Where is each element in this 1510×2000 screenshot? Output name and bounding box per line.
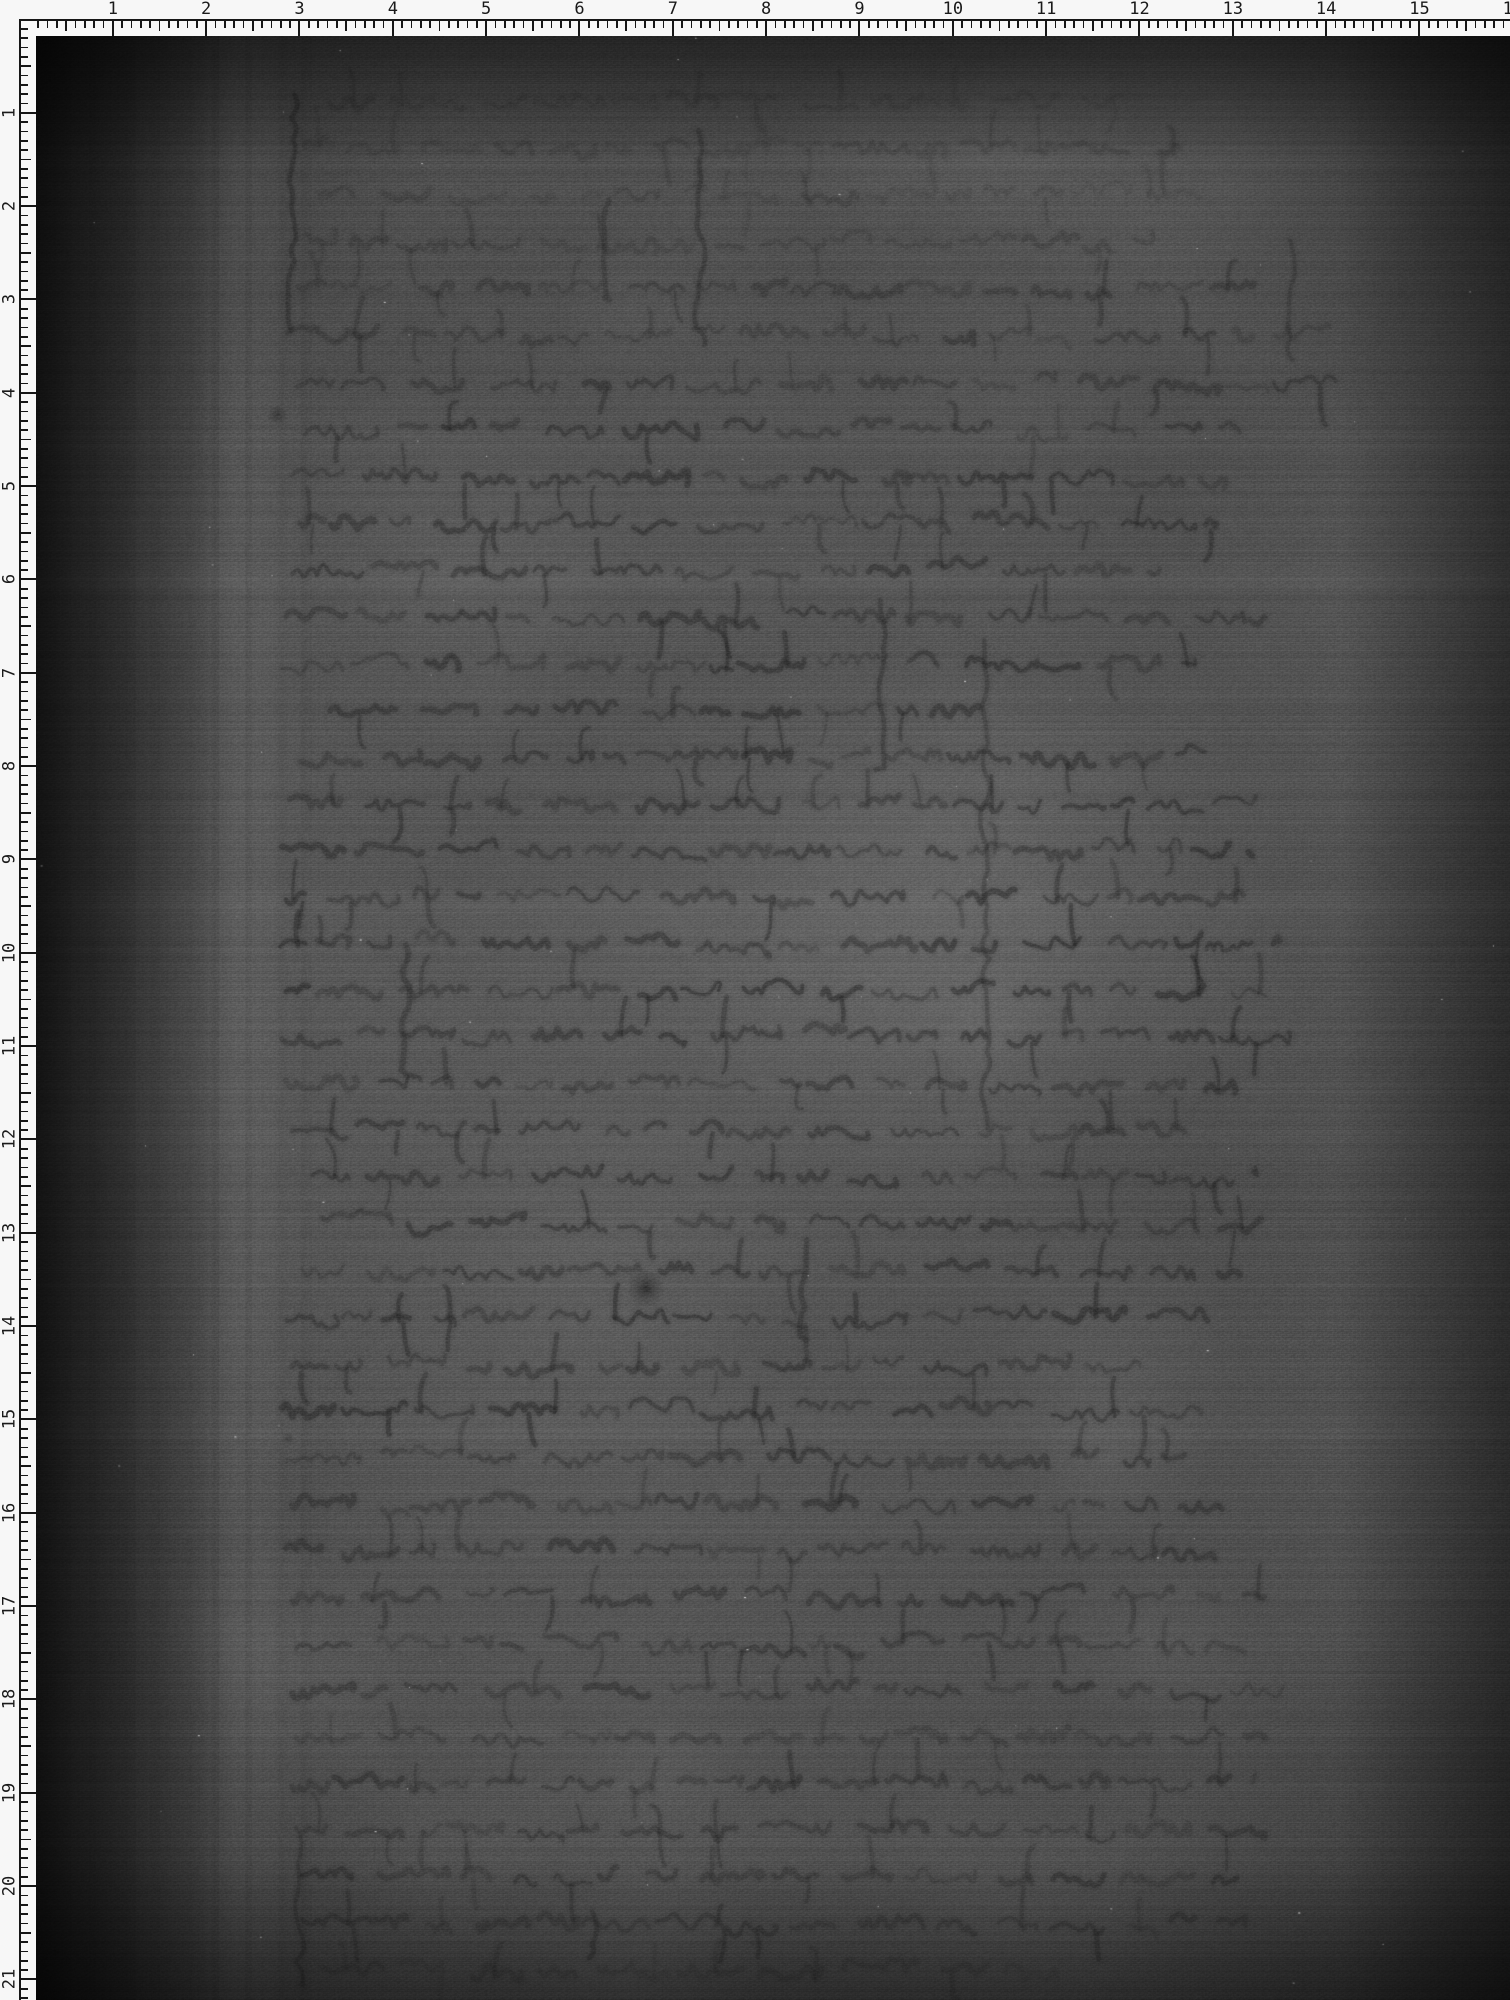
ruler-left-tick (19, 1008, 28, 1010)
ruler-left-tick (19, 131, 28, 133)
ruler-top-tick (485, 19, 487, 36)
ruler-left-tick (19, 476, 28, 478)
ruler-left-label-10: 10 (2, 943, 19, 963)
ruler-left-tick (19, 700, 28, 702)
ruler-top-tick (952, 19, 954, 36)
ruler-top-tick (1279, 19, 1281, 31)
ruler-top-tick (1335, 19, 1337, 28)
ruler-left-tick (19, 467, 28, 469)
ruler-left-tick (19, 495, 28, 497)
ruler-left-tick (19, 588, 28, 590)
ruler-top-tick (1353, 19, 1355, 28)
ruler-left-tick (19, 1185, 31, 1187)
ruler-left-tick (19, 551, 28, 553)
ruler-left-tick (19, 1811, 28, 1813)
manuscript-scan-page: 012345678910111213141516 123456789101112… (0, 0, 1510, 2000)
ruler-left-tick (19, 1652, 31, 1654)
ruler-left-tick (19, 933, 28, 935)
ruler-top-tick (159, 19, 161, 31)
ruler-top-tick (803, 19, 805, 28)
ruler-top-tick (1307, 19, 1309, 28)
ruler-left-tick (19, 1269, 28, 1271)
ruler-left-tick (19, 1138, 36, 1140)
ruler-left-label-12: 12 (2, 1129, 19, 1149)
ruler-top-tick (578, 19, 580, 36)
ruler-left-tick (19, 1932, 31, 1934)
ruler-left-tick (19, 56, 28, 58)
ruler-top-label-14: 14 (1316, 1, 1336, 18)
ruler-left-tick (19, 215, 28, 217)
ruler-left-tick (19, 607, 28, 609)
ruler-left-tick (19, 1643, 28, 1645)
ruler-left-tick (19, 1241, 28, 1243)
ruler-top-tick (149, 19, 151, 28)
ruler-left-tick (19, 1755, 28, 1757)
ruler-left-tick (19, 1157, 28, 1159)
ruler-top-tick (1381, 19, 1383, 28)
ruler-top-tick (373, 19, 375, 28)
ruler-left-label-2: 2 (2, 201, 19, 211)
ruler-top-tick (1083, 19, 1085, 28)
ruler-left-tick (19, 1727, 28, 1729)
ruler-top-tick (392, 19, 394, 36)
ruler-left-label-11: 11 (2, 1036, 19, 1056)
ruler-top-tick (532, 19, 534, 31)
ruler-left-tick (19, 140, 28, 142)
ruler-top-tick (663, 19, 665, 28)
ruler-top-tick (1138, 19, 1140, 36)
ruler-left-tick (19, 103, 28, 105)
ruler-left-tick (19, 961, 28, 963)
ruler-top-tick (467, 19, 469, 28)
ruler-top-tick (1017, 19, 1019, 28)
ruler-top-tick (1363, 19, 1365, 28)
ruler-left-tick (19, 168, 28, 170)
ruler-top-tick (1465, 19, 1467, 31)
ruler-top-tick (915, 19, 917, 28)
ruler-left-tick (19, 308, 28, 310)
ruler-left-tick (19, 1764, 28, 1766)
ruler-top-tick (1297, 19, 1299, 28)
ruler-left-tick (19, 989, 28, 991)
ruler-top-tick (672, 19, 674, 36)
ruler-top-tick (1213, 19, 1215, 28)
ruler-top-tick (597, 19, 599, 28)
ruler-left-tick (19, 298, 36, 300)
ruler-left-tick (19, 1148, 28, 1150)
ruler-left-tick (19, 1577, 28, 1579)
ruler-left-tick (19, 1783, 28, 1785)
ruler-top-tick (1092, 19, 1094, 31)
ruler-left-tick (19, 1792, 36, 1794)
ruler-left-tick (19, 1484, 28, 1486)
ruler-top-tick (448, 19, 450, 28)
ruler-top-tick (1484, 19, 1486, 28)
ruler-left-label-6: 6 (2, 574, 19, 584)
ruler-top-tick (233, 19, 235, 28)
ruler-left-tick (19, 317, 28, 319)
ruler-top-tick (1288, 19, 1290, 28)
ruler-top-tick (1185, 19, 1187, 31)
ruler-top-tick (1418, 19, 1420, 36)
ruler-top-label-12: 12 (1129, 1, 1149, 18)
ruler-top-tick (75, 19, 77, 28)
ruler-left-tick (19, 578, 36, 580)
ruler-left-tick (19, 364, 28, 366)
ruler-top-tick (401, 19, 403, 28)
ruler-top-tick (103, 19, 105, 28)
ruler-left-tick (19, 672, 36, 674)
ruler-left-tick (19, 1951, 28, 1953)
ruler-left-tick (19, 65, 31, 67)
ruler-left-tick (19, 149, 28, 151)
ruler-left-tick (19, 1988, 28, 1990)
ruler-top-label-15: 15 (1409, 1, 1429, 18)
ruler-left-label-16: 16 (2, 1503, 19, 1523)
ruler-top-label-3: 3 (294, 1, 304, 18)
ruler-top-tick (1260, 19, 1262, 28)
ruler-left-tick (19, 1204, 28, 1206)
ruler-top-tick (56, 19, 58, 28)
ruler-left-tick (19, 1773, 28, 1775)
ruler-top-tick (709, 19, 711, 28)
ruler-left-tick (19, 271, 28, 273)
ruler-left-tick (19, 1456, 28, 1458)
ruler-left-tick (19, 420, 28, 422)
ruler-left-tick (19, 1521, 28, 1523)
ruler-left-tick (19, 1381, 28, 1383)
ruler-left-tick (19, 177, 28, 179)
ruler-top-tick (1232, 19, 1234, 36)
ruler-left-label-20: 20 (2, 1876, 19, 1896)
ruler-left-tick (19, 905, 31, 907)
ruler-left-tick (19, 75, 28, 77)
ruler-left-tick (19, 1895, 28, 1897)
ruler-left-tick (19, 1465, 31, 1467)
ruler-top-tick (616, 19, 618, 28)
ruler-top-tick (560, 19, 562, 28)
ruler-top-tick (933, 19, 935, 28)
ruler-top-label-13: 13 (1223, 1, 1243, 18)
ruler-left-label-9: 9 (2, 854, 19, 864)
ruler-left-tick (19, 336, 28, 338)
ruler-left-tick (19, 205, 36, 207)
ruler-top-tick (1204, 19, 1206, 28)
ruler-top-tick (691, 19, 693, 28)
ruler-left-tick (19, 915, 28, 917)
ruler-left-tick (19, 1540, 28, 1542)
ruler-top-tick (728, 19, 730, 28)
ruler-top-tick (261, 19, 263, 28)
ruler-top-tick (924, 19, 926, 28)
ruler-top-tick (653, 19, 655, 28)
ruler-left-tick (19, 1624, 28, 1626)
ruler-left-tick (19, 196, 28, 198)
ruler-left-tick (19, 1055, 28, 1057)
ruler-left-label-13: 13 (2, 1223, 19, 1243)
ruler-top-tick (196, 19, 198, 28)
ruler-top-tick (961, 19, 963, 28)
ruler-top-tick (224, 19, 226, 28)
ruler-top-tick (569, 19, 571, 28)
ruler-top-tick (1447, 19, 1449, 28)
ruler-top-tick (849, 19, 851, 28)
ruler-top-tick (93, 19, 95, 28)
ruler-left-tick (19, 1736, 28, 1738)
ruler-left-tick (19, 1978, 36, 1980)
ruler-left-tick (19, 1083, 28, 1085)
ruler-left-tick (19, 1073, 28, 1075)
ruler-top-tick (215, 19, 217, 28)
ruler-top-label-2: 2 (201, 1, 211, 18)
ruler-top-tick (747, 19, 749, 28)
ruler-left-tick (19, 812, 31, 814)
ruler-left-tick (19, 858, 36, 860)
ruler-left-tick (19, 1503, 28, 1505)
ruler-left-tick (19, 1587, 28, 1589)
ruler-left-tick (19, 1960, 28, 1962)
ruler-left-tick (19, 84, 28, 86)
ruler-top-tick (700, 19, 702, 28)
ruler-left-tick (19, 635, 28, 637)
ruler-top-tick (1428, 19, 1430, 28)
ruler-left-tick (19, 1353, 28, 1355)
ruler-top-label-7: 7 (668, 1, 678, 18)
ruler-left-tick (19, 1325, 36, 1327)
ruler-left-tick (19, 1493, 28, 1495)
ruler-left-tick (19, 1698, 36, 1700)
ruler-left-tick (19, 821, 28, 823)
ruler-left-tick (19, 1428, 28, 1430)
ruler-left-tick (19, 1680, 28, 1682)
ruler-top-tick (476, 19, 478, 28)
ruler-left-tick (19, 980, 28, 982)
ruler-left-tick (19, 1447, 28, 1449)
ruler-left-tick (19, 747, 28, 749)
ruler-top-tick (896, 19, 898, 28)
ruler-top-tick (821, 19, 823, 28)
ruler-top-tick (943, 19, 945, 28)
ruler-left-tick (19, 1605, 36, 1607)
manuscript-scan-image (36, 36, 1510, 2000)
ruler-top-tick (793, 19, 795, 28)
ruler-top-tick (1223, 19, 1225, 28)
ruler-top-tick (681, 19, 683, 28)
ruler-top-tick (737, 19, 739, 28)
ruler-left-tick (19, 1848, 28, 1850)
ruler-top-tick (298, 19, 300, 36)
ruler-top-tick (47, 19, 49, 28)
ruler-left-tick (19, 569, 28, 571)
ruler-left-tick (19, 504, 28, 506)
ruler-top-label-4: 4 (388, 1, 398, 18)
ruler-left-tick (19, 1260, 28, 1262)
ruler-left-label-17: 17 (2, 1596, 19, 1616)
ruler-left-label-8: 8 (2, 761, 19, 771)
ruler-left-tick (19, 1829, 28, 1831)
ruler-left-tick (19, 1437, 28, 1439)
ruler-left-tick (19, 513, 28, 515)
ruler-left-tick (19, 1409, 28, 1411)
ruler-top-tick (1241, 19, 1243, 28)
ruler-top-tick (1176, 19, 1178, 28)
ruler-top-tick (551, 19, 553, 28)
ruler-top-label-9: 9 (854, 1, 864, 18)
ruler-top-tick (1167, 19, 1169, 28)
ruler-top-tick (1036, 19, 1038, 28)
ruler-left-tick (19, 1092, 31, 1094)
ruler-left-label-4: 4 (2, 388, 19, 398)
ruler-top-tick (1503, 19, 1505, 28)
ruler-left-tick (19, 1596, 28, 1598)
ruler-top-tick (607, 19, 609, 28)
ruler-top-tick (504, 19, 506, 28)
ruler-left-tick (19, 1820, 28, 1822)
ruler-left-tick (19, 401, 28, 403)
ruler-left: 123456789101112131415161718192021 (0, 0, 36, 2000)
ruler-left-tick (19, 1195, 28, 1197)
ruler-top-tick (1129, 19, 1131, 28)
ruler-top-tick (1372, 19, 1374, 31)
ruler-left-tick (19, 1027, 28, 1029)
ruler-left-tick (19, 616, 28, 618)
ruler-top-tick (1400, 19, 1402, 28)
ruler-left-tick (19, 1568, 28, 1570)
ruler-left-tick (19, 327, 28, 329)
ruler-top-tick (1493, 19, 1495, 28)
ruler-top-label-8: 8 (761, 1, 771, 18)
ruler-top-tick (205, 19, 207, 36)
ruler-top-tick (280, 19, 282, 28)
ruler-left-tick (19, 1363, 28, 1365)
ruler-left-tick (19, 560, 28, 562)
ruler-top-tick (168, 19, 170, 28)
ruler-left-tick (19, 252, 31, 254)
ruler-left-tick (19, 28, 28, 30)
ruler-left-label-18: 18 (2, 1689, 19, 1709)
ruler-left-tick (19, 1633, 28, 1635)
ruler-left-tick (19, 775, 28, 777)
ruler-top-tick (1325, 19, 1327, 36)
ruler-top-tick (858, 19, 860, 36)
ruler-left-tick (19, 1344, 28, 1346)
ruler-left-tick (19, 47, 28, 49)
ruler-top-tick (187, 19, 189, 28)
ruler-top-tick (1055, 19, 1057, 28)
ruler-top-tick (784, 19, 786, 28)
ruler-top-tick (765, 19, 767, 36)
ruler-top-tick (756, 19, 758, 28)
ruler-top-tick (336, 19, 338, 28)
ruler-left-tick (19, 224, 28, 226)
ruler-left-tick (19, 1717, 28, 1719)
ruler-left-tick (19, 1671, 28, 1673)
ruler-top-tick (495, 19, 497, 28)
ruler-top-label-11: 11 (1036, 1, 1056, 18)
ruler-top-tick (775, 19, 777, 28)
ruler-left-tick (19, 1297, 28, 1299)
ruler-left-tick (19, 719, 31, 721)
ruler-top-tick (1064, 19, 1066, 28)
ruler-left-tick (19, 1997, 28, 1999)
ruler-top-tick (140, 19, 142, 28)
ruler-left-tick (19, 1288, 28, 1290)
ruler-top-tick (1120, 19, 1122, 28)
ruler-left-tick (19, 849, 28, 851)
ruler-left-tick (19, 243, 28, 245)
ruler-left-tick (19, 1101, 28, 1103)
ruler-top-label-6: 6 (574, 1, 584, 18)
ruler-left-tick (19, 924, 28, 926)
ruler-left-tick (19, 1475, 28, 1477)
ruler-left-tick (19, 1400, 28, 1402)
ruler-left-tick (19, 1176, 28, 1178)
ruler-top-tick (177, 19, 179, 28)
ruler-left-tick (19, 1045, 36, 1047)
ruler-left-tick (19, 1745, 31, 1747)
ruler-top-tick (1008, 19, 1010, 28)
ruler-left-tick (19, 1512, 36, 1514)
ruler-left-tick (19, 1064, 28, 1066)
ruler-left-label-14: 14 (2, 1316, 19, 1336)
ruler-left-tick (19, 93, 28, 95)
ruler-top-tick (131, 19, 133, 28)
ruler-top-label-10: 10 (943, 1, 963, 18)
ruler-left-label-15: 15 (2, 1409, 19, 1429)
ruler-left-tick (19, 1867, 28, 1869)
ruler-left-tick (19, 448, 28, 450)
ruler-top-tick (327, 19, 329, 28)
ruler-left-tick (19, 1801, 28, 1803)
ruler-left-label-21: 21 (2, 1969, 19, 1989)
ruler-left-tick (19, 1839, 31, 1841)
ruler-left-tick (19, 37, 28, 39)
ruler-left-tick (19, 233, 28, 235)
ruler-left-tick (19, 1307, 28, 1309)
ruler-left-tick (19, 1418, 36, 1420)
ruler-left-tick (19, 439, 31, 441)
ruler-top-tick (831, 19, 833, 28)
ruler-left-tick (19, 1876, 28, 1878)
ruler-top-tick (840, 19, 842, 28)
ruler-top-tick (411, 19, 413, 28)
ruler-left-tick (19, 523, 28, 525)
ruler-left-label-7: 7 (2, 668, 19, 678)
ruler-top-tick (364, 19, 366, 28)
ruler-left-tick (19, 681, 28, 683)
ruler-left-tick (19, 1615, 28, 1617)
ruler-top-tick (1027, 19, 1029, 28)
ruler-left-tick (19, 663, 28, 665)
ruler-left-tick (19, 653, 28, 655)
ruler-top-tick (420, 19, 422, 28)
ruler-left-tick (19, 1689, 28, 1691)
ruler-left-tick (19, 112, 36, 114)
ruler-left-tick (19, 597, 28, 599)
ruler-left-tick (19, 831, 28, 833)
ruler-top-tick (887, 19, 889, 28)
ruler-left-tick (19, 261, 28, 263)
ruler-left-tick (19, 1316, 28, 1318)
ruler-left-tick (19, 541, 28, 543)
ruler-top-tick (513, 19, 515, 28)
ruler-top-tick (1111, 19, 1113, 28)
ruler-top-tick (1269, 19, 1271, 28)
ruler-left-tick (19, 1904, 28, 1906)
ruler-left-tick (19, 1923, 28, 1925)
ruler-left-tick (19, 943, 28, 945)
ruler-top-tick (243, 19, 245, 28)
